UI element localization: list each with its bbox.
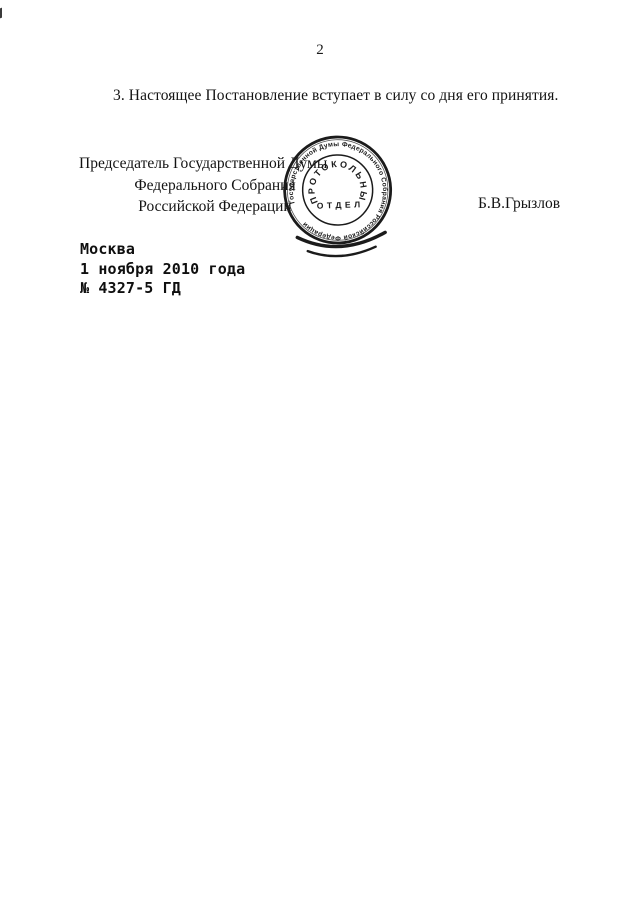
scan-edge-artifact [0,8,2,19]
stamp-bottom-smudge-2 [308,247,376,257]
issuance-number: № 4327-5 ГД [80,279,245,299]
stamp-outer-circle [283,135,393,245]
signer-name: Б.В.Грызлов [478,195,560,213]
stamp-center-text: ОТДЕЛ [317,199,364,211]
protocol-department-stamp-icon: Государственной Думы Федерального Собран… [274,130,403,270]
issuance-date: 1 ноября 2010 года [80,260,245,280]
issuance-city: Москва [80,240,245,260]
page-number: 2 [0,42,640,59]
document-page: 2 3. Настоящее Постановление вступает в … [0,0,640,905]
issuance-block: Москва 1 ноября 2010 года № 4327-5 ГД [80,240,245,299]
stamp-outer-inner-edge [286,138,390,242]
paragraph-item-3: 3. Настоящее Постановление вступает в си… [113,87,559,105]
